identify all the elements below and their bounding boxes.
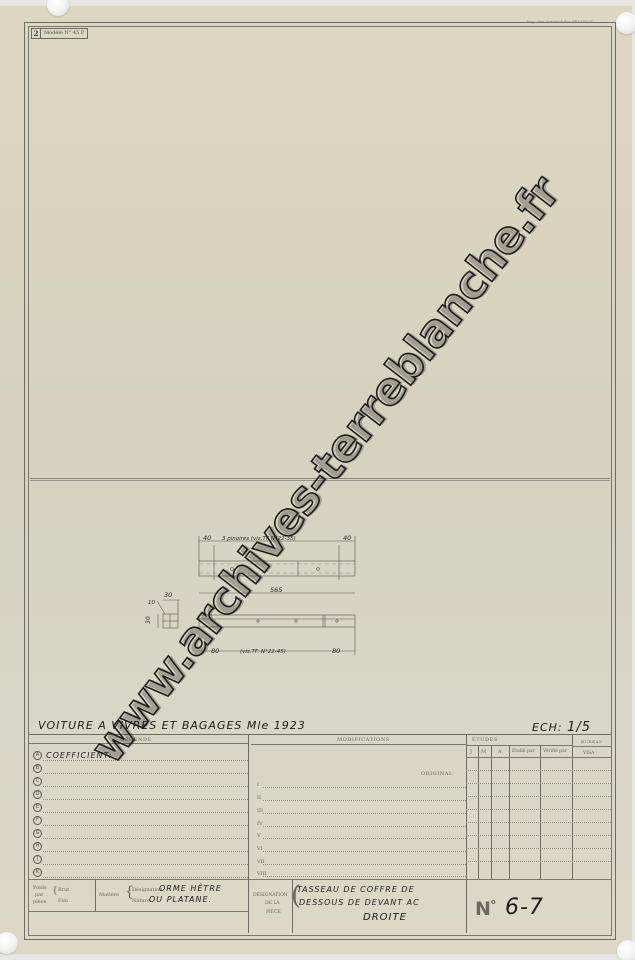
etudes-col-etabli-label: Etabli par bbox=[512, 749, 535, 754]
designation-label: Désignation bbox=[132, 887, 162, 893]
part-name-line-3: DROITE bbox=[363, 912, 407, 923]
legend-letter-circle: C bbox=[33, 777, 42, 786]
mod-header-rule bbox=[251, 744, 466, 745]
mod-row-label: I bbox=[257, 782, 259, 788]
vehicle-title: VOITURE A VIVRES ET BAGAGES Mle 1923 bbox=[38, 719, 306, 732]
visa-label: VISA bbox=[583, 751, 594, 756]
etudes-rule bbox=[466, 809, 611, 810]
etudes-rule bbox=[466, 835, 611, 836]
part-designation-label-1: DÉSIGNATION bbox=[253, 893, 288, 898]
legend-divider bbox=[248, 735, 249, 879]
part-number-prefix: No bbox=[475, 898, 496, 920]
etudes-rule bbox=[466, 861, 611, 862]
etudes-col-m-label: M bbox=[481, 749, 486, 755]
legend-row-b: B bbox=[33, 762, 42, 774]
legend-rule bbox=[43, 760, 248, 761]
legend-row-j: J bbox=[33, 853, 42, 865]
etudes-col-etabli bbox=[540, 745, 541, 879]
part-name-line-2: DESSOUS DE DEVANT AC bbox=[299, 898, 420, 907]
mod-row-label: IV bbox=[257, 821, 263, 827]
legend-row-e: E bbox=[33, 801, 42, 813]
legend-row-d: D bbox=[33, 788, 42, 800]
bureau-header: BUREAU bbox=[581, 739, 603, 744]
weight-brut-label: Brut bbox=[58, 887, 69, 893]
legend-rule bbox=[43, 825, 248, 826]
part-number-value: 6-7 bbox=[505, 895, 544, 920]
legend-letter-circle: B bbox=[33, 764, 42, 773]
bureau-header-rule bbox=[572, 746, 611, 747]
legend-letter-circle: J bbox=[33, 855, 42, 864]
model-label: Modèle N° 45 P bbox=[41, 29, 87, 38]
legend-row-f: F bbox=[33, 814, 42, 826]
legend-rule bbox=[43, 864, 248, 865]
etudes-rule bbox=[466, 783, 611, 784]
modifications-header: MODIFICATIONS bbox=[337, 737, 390, 743]
modifications-divider bbox=[466, 735, 467, 933]
weight-divider bbox=[95, 879, 96, 911]
etudes-header: ÉTUDES bbox=[472, 737, 498, 743]
legend-letter-circle: K bbox=[33, 868, 42, 877]
legend-row-c: C bbox=[33, 775, 42, 787]
etudes-col-verifie-label: Vérifié par bbox=[543, 749, 567, 754]
mod-row-label: II bbox=[257, 795, 261, 801]
model-box: 2 Modèle N° 45 P bbox=[31, 28, 88, 39]
mod-rule bbox=[263, 864, 466, 865]
mod-rule bbox=[263, 826, 466, 827]
mod-rule bbox=[263, 800, 466, 801]
legend-letter-circle: A bbox=[33, 751, 42, 760]
printer-mark: Imp. des Automobiles PEUGEOT bbox=[527, 19, 593, 24]
etudes-col-a bbox=[509, 745, 510, 879]
nature-label: Nature bbox=[132, 898, 150, 904]
legend-rule bbox=[43, 799, 248, 800]
legend-letter-circle: G bbox=[33, 829, 42, 838]
weight-label-1: Poids bbox=[33, 885, 47, 891]
legend-letter-circle: H bbox=[33, 842, 42, 851]
legend-row-g: G bbox=[33, 827, 42, 839]
pin-top-right bbox=[616, 12, 635, 34]
weight-brace: { bbox=[52, 887, 58, 895]
mod-rule bbox=[263, 787, 466, 788]
scale: ECH: 1/5 bbox=[532, 720, 591, 735]
legend-rule bbox=[43, 812, 248, 813]
legend-letter-circle: E bbox=[33, 803, 42, 812]
scale-value: 1/5 bbox=[567, 720, 591, 735]
part-designation-label-2: DE LA bbox=[265, 901, 280, 906]
weight-label-3: pièce bbox=[33, 899, 47, 905]
part-name-line-1: TASSEAU DE COFFRE DE bbox=[297, 885, 415, 894]
legend-row-k: K bbox=[33, 866, 42, 878]
legend-rule bbox=[43, 773, 248, 774]
original-label: ORIGINAL bbox=[421, 771, 453, 777]
legend-rule bbox=[43, 838, 248, 839]
material-label: Matière bbox=[99, 892, 119, 898]
mod-rule bbox=[263, 838, 466, 839]
etudes-rule bbox=[466, 770, 611, 771]
part-designation-label-3: PIÈCE bbox=[266, 910, 281, 915]
etudes-rule bbox=[466, 848, 611, 849]
etudes-rule bbox=[466, 796, 611, 797]
bottom-band-top-rule bbox=[29, 879, 611, 880]
etudes-header-rule bbox=[466, 745, 572, 746]
scale-label: ECH: bbox=[532, 721, 563, 734]
weight-fini-label: Fini bbox=[58, 898, 68, 904]
legend-letter-circle: F bbox=[33, 816, 42, 825]
weight-label-2: par bbox=[35, 892, 44, 898]
etudes-rule bbox=[466, 822, 611, 823]
mod-row-label: V bbox=[257, 833, 261, 839]
model-number: 2 bbox=[32, 29, 41, 38]
mod-rule bbox=[263, 851, 466, 852]
legend-rule bbox=[43, 786, 248, 787]
legend-row-h: H bbox=[33, 840, 42, 852]
mod-row-label: VI bbox=[257, 846, 263, 852]
part-number-n: N bbox=[475, 898, 491, 920]
etudes-col-m bbox=[491, 745, 492, 879]
etudes-subheader-rule bbox=[466, 757, 611, 758]
etudes-col-j bbox=[478, 745, 479, 879]
pin-bottom-right bbox=[617, 940, 635, 960]
mod-rule bbox=[263, 876, 466, 877]
etudes-col-j-label: J bbox=[470, 749, 472, 755]
part-number-o: o bbox=[491, 898, 496, 906]
legend-rule bbox=[43, 851, 248, 852]
legend-rule bbox=[43, 877, 248, 878]
mod-rule bbox=[263, 813, 466, 814]
designation-left-divider bbox=[248, 879, 249, 933]
designation-value: ORME HÊTRE bbox=[159, 884, 222, 893]
nature-value: OU PLATANE. bbox=[149, 895, 212, 904]
weight-bottom-rule bbox=[29, 911, 248, 912]
legend-letter-circle: D bbox=[33, 790, 42, 799]
etudes-col-a-label: A bbox=[498, 749, 502, 755]
